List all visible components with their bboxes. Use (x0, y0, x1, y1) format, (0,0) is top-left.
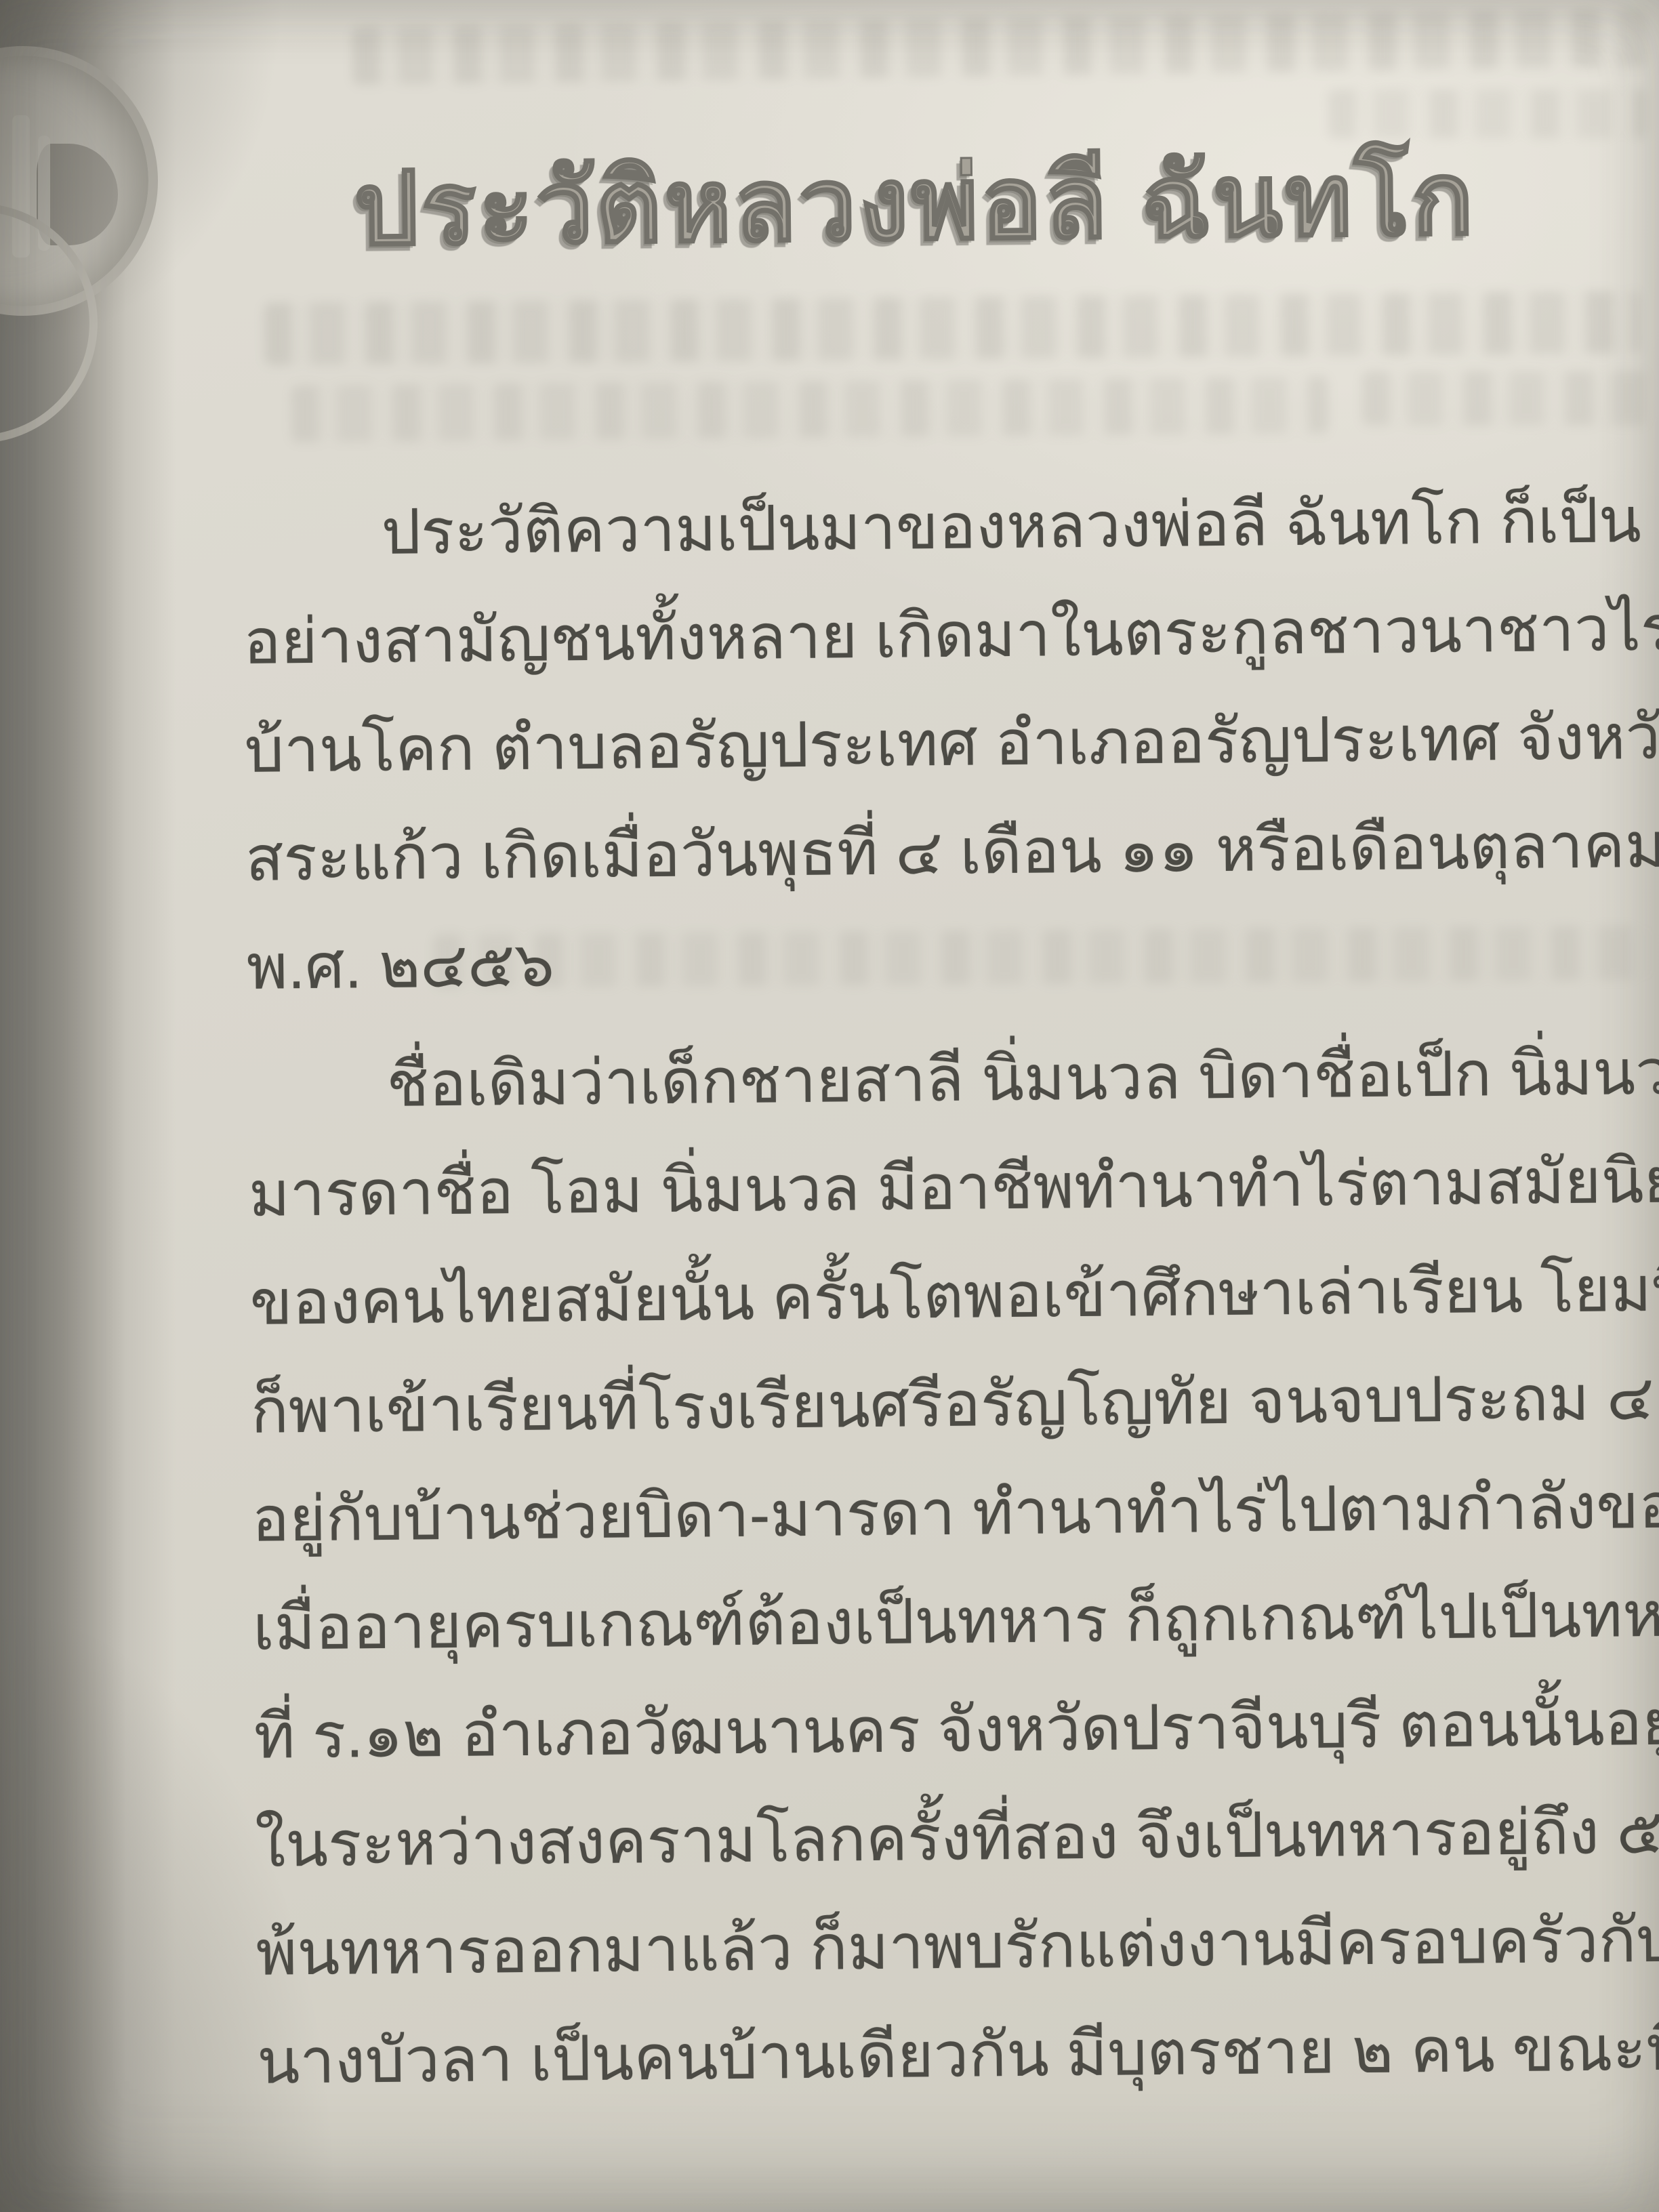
text-line: สระแก้ว เกิดเมื่อวันพุธที่ ๔ เดือน ๑๑ หร… (245, 792, 1598, 914)
text-line: อยู่กับบ้านช่วยบิดา-มารดา ทำนาทำไร่ไปตาม… (251, 1453, 1604, 1574)
text-line: ชื่อเดิมว่าเด็กชายสาลี นิ่มนวล บิดาชื่อเ… (247, 1019, 1600, 1141)
page-title: ประวัติหลวงพ่อลี ฉันทโก (239, 118, 1592, 290)
text-line: ก็พาเข้าเรียนที่โรงเรียนศรีอรัญโญทัย จนจ… (250, 1345, 1603, 1466)
paragraph-1: ประวัติความเป็นมาของหลวงพ่อลี ฉันทโก ก็เ… (242, 467, 1599, 1022)
paragraph-2: ชื่อเดิมว่าเด็กชายสาลี นิ่มนวล บิดาชื่อเ… (247, 1019, 1610, 2116)
text-line: พ.ศ. ๒๔๕๖ (246, 901, 1599, 1022)
text-line: อย่างสามัญชนทั้งหลาย เกิดมาในตระกูลชาวนา… (243, 575, 1596, 697)
text-line: ประวัติความเป็นมาของหลวงพ่อลี ฉันทโก ก็เ… (242, 467, 1595, 588)
text-line: มารดาชื่อ โอม นิ่มนวล มีอาชีพทำนาทำไร่ตา… (248, 1128, 1601, 1249)
printed-content: ประวัติหลวงพ่อลี ฉันทโก ประวัติความเป็นม… (237, 0, 1610, 2116)
text-line: นางบัวลา เป็นคนบ้านเดียวกัน มีบุตรชาย ๒ … (257, 1995, 1610, 2116)
text-line: บ้านโคก ตำบลอรัญประเทศ อำเภออรัญประเทศ จ… (244, 684, 1597, 805)
text-line: พ้นทหารออกมาแล้ว ก็มาพบรักแต่งงานมีครอบค… (255, 1887, 1608, 2008)
text-line: ในระหว่างสงครามโลกครั้งที่สอง จึงเป็นทหา… (255, 1778, 1607, 1900)
text-line: ของคนไทยสมัยนั้น ครั้นโตพอเข้าศึกษาเล่าเ… (249, 1236, 1602, 1357)
text-line: เมื่ออายุครบเกณฑ์ต้องเป็นทหาร ก็ถูกเกณฑ์… (252, 1561, 1605, 1683)
book-page-photo: ประวัติหลวงพ่อลี ฉันทโก ประวัติความเป็นม… (0, 0, 1659, 2212)
text-line: ที่ ร.๑๒ อำเภอวัฒนานคร จังหวัดปราจีนบุรี… (253, 1670, 1606, 1791)
